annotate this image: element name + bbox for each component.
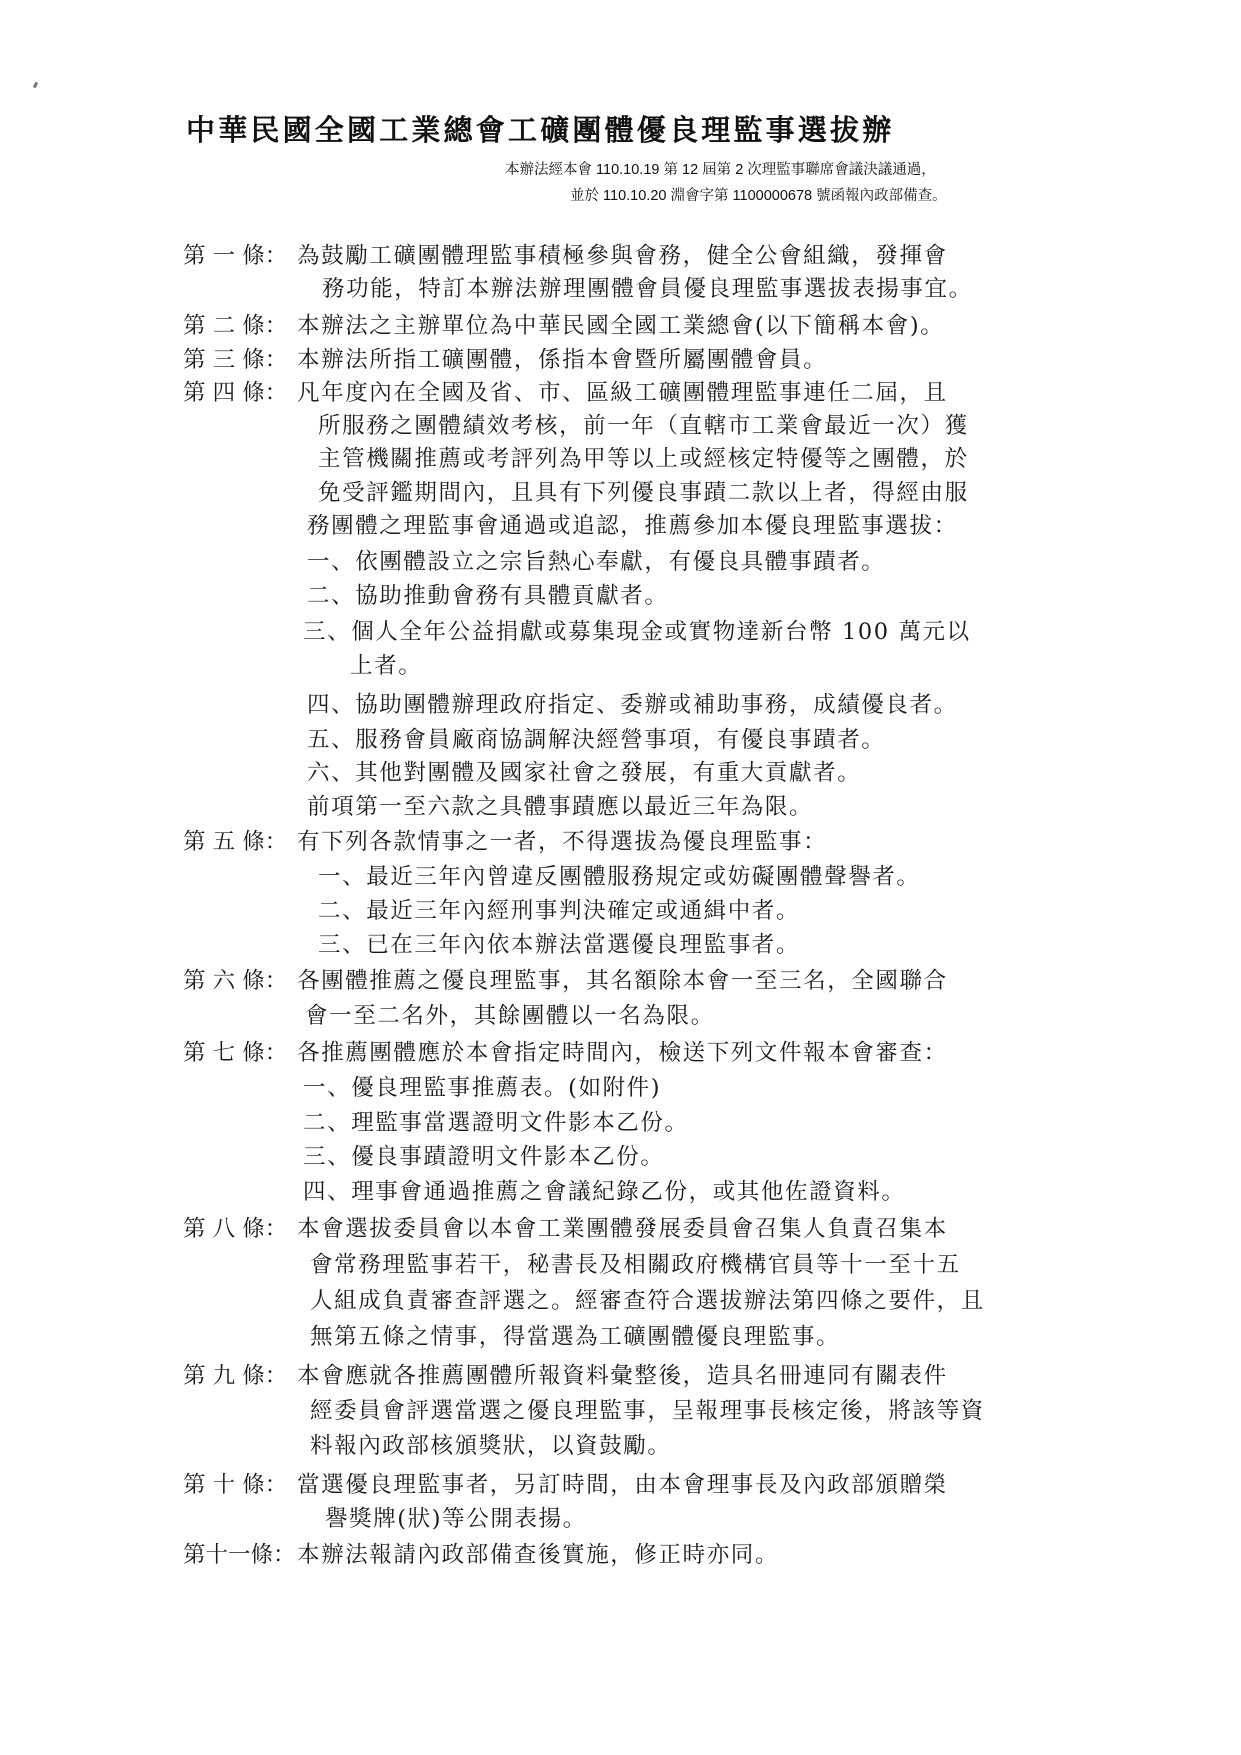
article-7-item: 四、理事會通過推薦之會議紀錄乙份，或其他佐證資料。	[303, 1177, 906, 1207]
article-9-line: 本會應就各推薦團體所報資料彙整後，造具名冊連同有關表件	[297, 1361, 948, 1391]
article-9-line: 經委員會評選當選之優良理監事，呈報理事長核定後，將該等資	[310, 1396, 985, 1426]
article-1-line: 為鼓勵工礦團體理監事積極參與會務，健全公會組織，發揮會	[297, 241, 948, 271]
article-8-line: 人組成負責審查評選之。經審查符合選拔辦法第四條之要件，且	[310, 1286, 985, 1316]
article-4-item: 二、協助推動會務有具體貢獻者。	[307, 581, 669, 611]
article-7-label: 第 七 條：	[183, 1038, 287, 1068]
document-page: 中華民國全國工業總會工礦團體優良理監事選拔辦 本辦法經本會 110.10.19 …	[0, 0, 1241, 1755]
article-5-line: 有下列各款情事之一者，不得選拔為優良理監事：	[297, 827, 827, 857]
article-4-line: 主管機關推薦或考評列為甲等以上或經核定特優等之團體，於	[318, 444, 969, 474]
article-6-label: 第 六 條：	[183, 966, 287, 996]
article-3-line: 本辦法所指工礦團體，係指本會暨所屬團體會員。	[297, 345, 827, 375]
article-9-label: 第 九 條：	[183, 1361, 287, 1391]
article-4-item: 四、協助團體辦理政府指定、委辦或補助事務，成績優良者。	[307, 690, 958, 720]
article-4-item: 上者。	[350, 651, 422, 681]
article-2-label: 第 二 條：	[183, 311, 287, 341]
article-5-label: 第 五 條：	[183, 827, 287, 857]
article-4-line: 免受評鑑期間內，且具有下列優良事蹟二款以上者，得經由服	[318, 478, 969, 508]
article-4-line: 務團體之理監事會通過或追認，推薦參加本優良理監事選拔：	[307, 511, 958, 541]
document-title: 中華民國全國工業總會工礦團體優良理監事選拔辦	[186, 108, 894, 149]
article-5-item: 三、已在三年內依本辦法當選優良理監事者。	[318, 930, 800, 960]
article-4-line: 所服務之團體績效考核，前一年（直轄市工業會最近一次）獲	[318, 411, 969, 441]
article-5-item: 二、最近三年內經刑事判決確定或通緝中者。	[318, 896, 800, 926]
article-4-item: 五、服務會員廠商協調解決經營事項，有優良事蹟者。	[307, 725, 885, 755]
article-3-label: 第 三 條：	[183, 345, 287, 375]
article-1-line: 務功能，特訂本辦法辦理團體會員優良理監事選拔表揚事宜。	[322, 274, 973, 304]
article-11-label: 第十一條：	[183, 1540, 296, 1570]
article-10-line: 當選優良理監事者，另訂時間，由本會理事長及內政部頒贈榮	[297, 1470, 948, 1500]
article-7-item: 二、理監事當選證明文件影本乙份。	[303, 1108, 689, 1138]
approval-note: 本辦法經本會 110.10.19 第 12 屆第 2 次理監事聯席會議決議通過，	[505, 158, 936, 179]
scan-speck	[33, 82, 38, 89]
article-4-item: 一、依團體設立之宗旨熱心奉獻，有優良具體事蹟者。	[307, 547, 885, 577]
article-2-line: 本辦法之主辦單位為中華民國全國工業總會(以下簡稱本會)。	[297, 311, 944, 341]
article-9-line: 料報內政部核頒獎狀，以資鼓勵。	[310, 1431, 672, 1461]
filing-note: 並於 110.10.20 淵會字第 1100000678 號函報內政部備查。	[570, 184, 947, 205]
article-8-line: 會常務理監事若干，秘書長及相關政府機構官員等十一至十五	[310, 1250, 961, 1280]
article-7-line: 各推薦團體應於本會指定時間內，檢送下列文件報本會審查：	[297, 1038, 948, 1068]
article-5-item: 一、最近三年內曾違反團體服務規定或妨礙團體聲譽者。	[318, 862, 921, 892]
article-4-footer: 前項第一至六款之具體事蹟應以最近三年為限。	[307, 792, 813, 822]
article-4-line: 凡年度內在全國及省、市、區級工礦團體理監事連任二屆，且	[297, 378, 948, 408]
article-10-label: 第 十 條：	[183, 1470, 287, 1500]
article-10-line: 譽獎牌(狀)等公開表揚。	[325, 1504, 587, 1534]
article-8-line: 本會選拔委員會以本會工業團體發展委員會召集人負責召集本	[297, 1214, 948, 1244]
article-6-line: 會一至二名外，其餘團體以一名為限。	[305, 1001, 715, 1031]
article-8-line: 無第五條之情事，得當選為工礦團體優良理監事。	[310, 1322, 840, 1352]
article-7-item: 三、優良事蹟證明文件影本乙份。	[303, 1142, 665, 1172]
article-4-item: 六、其他對團體及國家社會之發展，有重大貢獻者。	[307, 758, 861, 788]
article-4-item: 三、個人全年公益捐獻或募集現金或實物達新台幣 100 萬元以	[303, 617, 971, 647]
article-11-line: 本辦法報請內政部備查後實施，修正時亦同。	[297, 1540, 779, 1570]
article-6-line: 各團體推薦之優良理監事，其名額除本會一至三名，全國聯合	[297, 966, 948, 996]
article-4-label: 第 四 條：	[183, 378, 287, 408]
article-1-label: 第 一 條：	[183, 241, 287, 271]
article-7-item: 一、優良理監事推薦表。(如附件)	[303, 1073, 661, 1103]
article-8-label: 第 八 條：	[183, 1214, 287, 1244]
